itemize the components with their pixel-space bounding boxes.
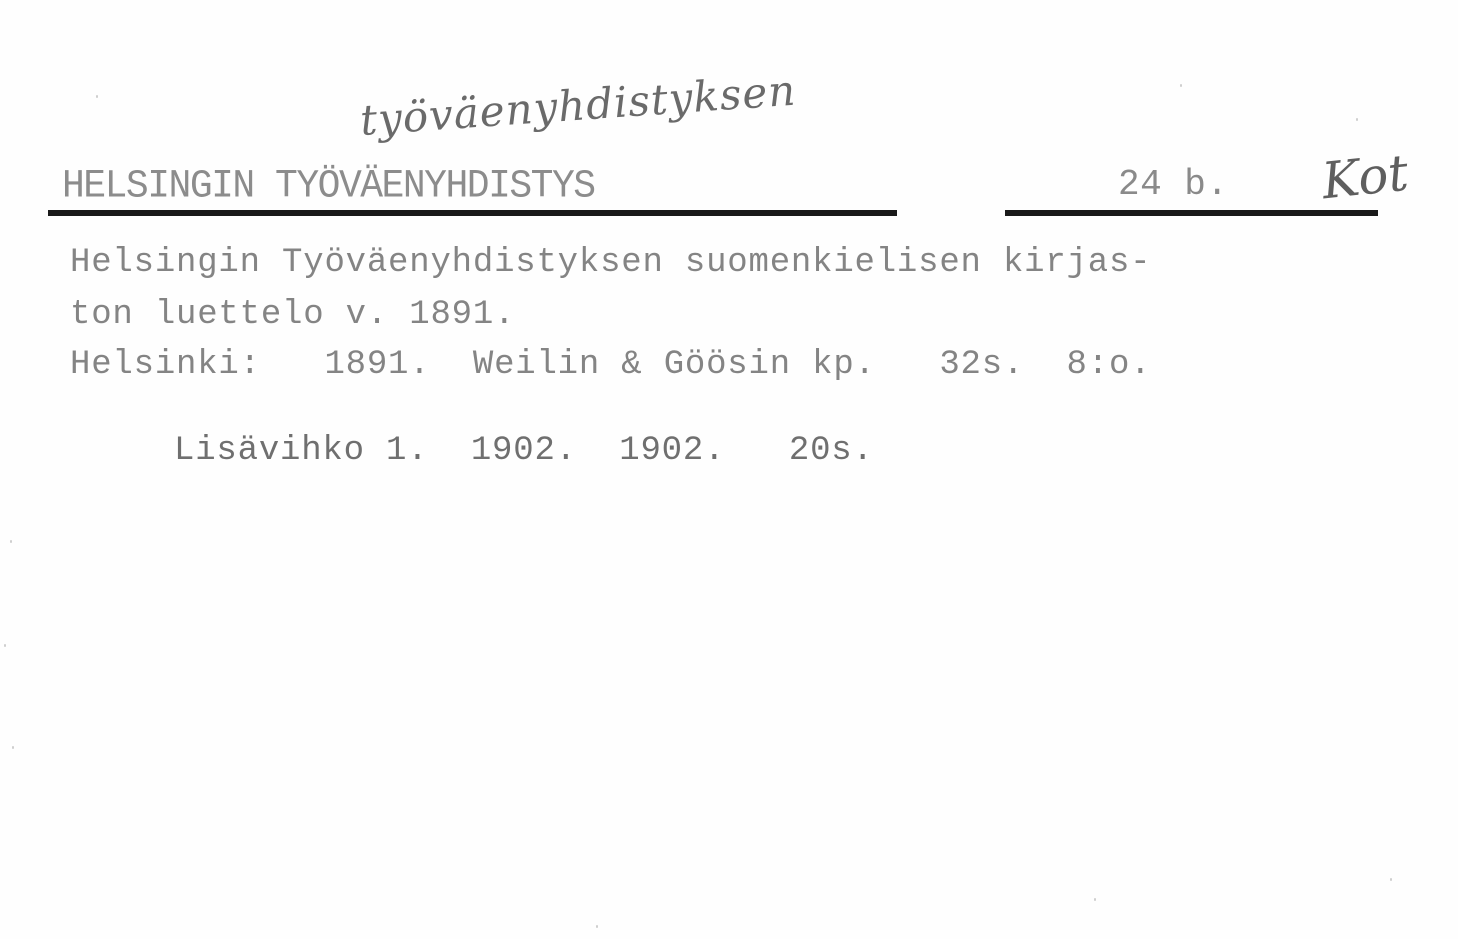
scan-speck bbox=[1180, 84, 1182, 87]
scan-speck bbox=[4, 644, 6, 647]
card-heading: HELSINGIN TYÖVÄENYHDISTYS bbox=[62, 164, 595, 209]
scan-speck bbox=[1390, 878, 1392, 881]
scan-speck bbox=[1094, 898, 1096, 901]
catalog-card: työväenyhdistyksen HELSINGIN TYÖVÄENYHDI… bbox=[0, 0, 1458, 939]
scan-speck bbox=[12, 746, 14, 749]
handwritten-mark: Kot bbox=[1319, 144, 1411, 211]
scan-speck bbox=[10, 540, 12, 543]
heading-underline bbox=[48, 210, 897, 216]
title-line-2: ton luettelo v. 1891. bbox=[70, 296, 515, 334]
handwritten-annotation: työväenyhdistyksen bbox=[359, 66, 798, 145]
scan-speck bbox=[1356, 118, 1358, 121]
scan-speck bbox=[596, 925, 598, 928]
imprint-line: Helsinki: 1891. Weilin & Göösin kp. 32s.… bbox=[70, 346, 1151, 384]
title-line-1: Helsingin Työväenyhdistyksen suomenkieli… bbox=[70, 244, 1151, 282]
call-number-underline bbox=[1005, 210, 1378, 216]
call-number: 24 b. bbox=[1118, 164, 1229, 205]
scan-speck bbox=[96, 95, 98, 98]
supplement-line: Lisävihko 1. 1902. 1902. 20s. bbox=[174, 432, 874, 470]
